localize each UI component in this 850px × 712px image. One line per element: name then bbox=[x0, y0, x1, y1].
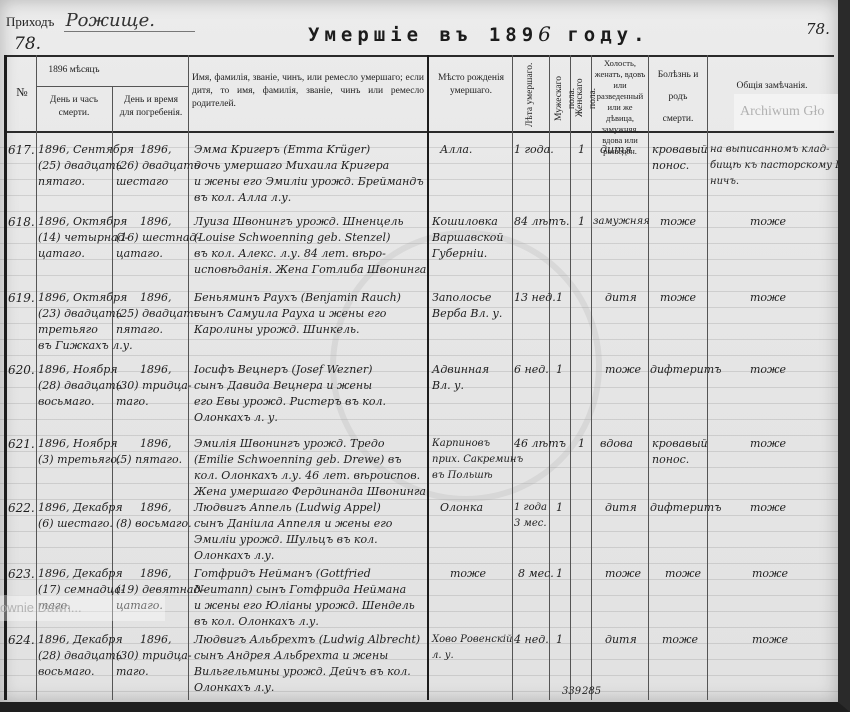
deceased-name: Беньяминъ Раухъ (Benjamin Rauch)сынъ Сам… bbox=[194, 290, 401, 338]
illness: кровавыйпонос. bbox=[652, 142, 708, 174]
deceased-name: Эмма Кригеръ (Emma Krüger)дочь умершаго … bbox=[194, 142, 424, 206]
archive-watermark-left: ownie Dawn... bbox=[0, 595, 165, 621]
parish-name: Рожище. bbox=[64, 10, 195, 32]
header-illness: Болѣзнь и родъ смерти. bbox=[652, 64, 704, 130]
entry-number: 623. bbox=[8, 566, 35, 582]
deceased-name: Іосифъ Вецнеръ (Josef Wezner)сынъ Давида… bbox=[194, 362, 386, 426]
remarks: тоже bbox=[750, 436, 786, 452]
death-date: 1896, Декабря(28) двадцатьвосьмаго. bbox=[38, 632, 123, 680]
parish-field: Приходъ Рожище. bbox=[6, 10, 195, 31]
header-bottom-border bbox=[6, 131, 834, 133]
death-date: 1896, Октября(14) четырнад-цатаго. bbox=[38, 214, 128, 262]
illness: тоже bbox=[662, 632, 698, 648]
deceased-name: Людвигъ Альбрехтъ (Ludwig Albrecht)сынъ … bbox=[194, 632, 420, 696]
burial-date: 1896,(30) тридца-таго. bbox=[140, 632, 192, 680]
male-count: 1 bbox=[556, 632, 563, 648]
header-age: Лѣта умершаго. bbox=[524, 62, 537, 128]
birthplace: Карпиновъприх. Сакреминъвъ Польшѣ bbox=[432, 436, 523, 484]
center-divider bbox=[427, 55, 429, 700]
deceased-name: Готфридъ Нейманъ (GottfriedNeumann) сынъ… bbox=[194, 566, 415, 630]
marital-status: тоже bbox=[605, 362, 641, 378]
female-count: 1 bbox=[578, 436, 585, 452]
entry-number: 617. bbox=[8, 142, 35, 158]
age: 1 года. bbox=[514, 142, 554, 158]
header-death-date: День и часъ смерти. bbox=[40, 94, 108, 120]
male-count: 1 bbox=[556, 290, 563, 306]
burial-date: 1896,(25) двадцатьпятаго. bbox=[140, 290, 200, 338]
deceased-name: Эмилія Швонингъ урожд. Тредо(Emilie Schw… bbox=[194, 436, 426, 500]
subheader-divider bbox=[36, 86, 188, 87]
entry-number: 624. bbox=[8, 632, 35, 648]
female-count: 1 bbox=[578, 142, 585, 158]
page-number-right: 78. bbox=[806, 20, 830, 38]
illness: тоже bbox=[660, 290, 696, 306]
burial-date: 1896,(8) восьмаго. bbox=[140, 500, 192, 532]
entry-number: 620. bbox=[8, 362, 35, 378]
burial-date: 1896,(30) тридца-таго. bbox=[140, 362, 192, 410]
marital-status: дитя bbox=[605, 632, 637, 648]
birthplace: Алла. bbox=[440, 142, 472, 158]
deceased-name: Людвигъ Аппель (Ludwig Appel)сынъ Даніил… bbox=[194, 500, 392, 564]
male-count: 1 bbox=[556, 500, 563, 516]
remarks: тоже bbox=[752, 566, 788, 582]
parish-label: Приходъ bbox=[6, 14, 54, 29]
birthplace: ЗаполосьеВерба Вл. у. bbox=[432, 290, 502, 322]
header-number: № bbox=[8, 86, 36, 99]
col-divider bbox=[591, 55, 592, 700]
archive-watermark: Archiwum Gło bbox=[734, 94, 844, 130]
header-remarks: Общія замѣчанія. bbox=[710, 80, 834, 93]
age: 46 лѣтъ bbox=[514, 436, 566, 452]
col-divider bbox=[648, 55, 649, 700]
illness: тоже bbox=[660, 214, 696, 230]
illness: тоже bbox=[665, 566, 701, 582]
page-number-left: 78. bbox=[14, 34, 41, 54]
header-month-group: 1896 мѣсяцъ bbox=[36, 64, 112, 77]
age: 8 мес. bbox=[518, 566, 554, 582]
death-date: 1896, Декабря(6) шестаго. bbox=[38, 500, 123, 532]
age: 4 нед. bbox=[514, 632, 549, 648]
illness: дифтеритъ bbox=[650, 362, 722, 378]
age: 13 нед. bbox=[514, 290, 556, 306]
birthplace: КошиловкаВаршавскойГуберніи. bbox=[432, 214, 504, 262]
age: 6 нед. bbox=[514, 362, 549, 378]
female-count: 1 bbox=[578, 214, 585, 230]
burial-date: 1896,(16) шестнад-цатаго. bbox=[140, 214, 200, 262]
male-count: 1 bbox=[556, 566, 563, 582]
entry-number: 622. bbox=[8, 500, 35, 516]
entry-number: 621. bbox=[8, 436, 35, 452]
header-birthplace: Мѣсто рожденія умершаго. bbox=[432, 72, 510, 98]
remarks: на выписанномъ клад-бищѣ къ пасторскому … bbox=[710, 142, 850, 190]
burial-date: 1896,(5) пятаго. bbox=[140, 436, 182, 468]
entry-number: 619. bbox=[8, 290, 35, 306]
age: 84 лѣтъ. bbox=[514, 214, 569, 230]
col-divider bbox=[512, 55, 513, 700]
entry-number: 618. bbox=[8, 214, 35, 230]
birthplace: АдвиннаяВл. у. bbox=[432, 362, 489, 394]
remarks: тоже bbox=[752, 632, 788, 648]
death-date: 1896, Ноября(28) двадцатьвосьмаго. bbox=[38, 362, 122, 410]
illness: дифтеритъ bbox=[650, 500, 722, 516]
page-title: Умершіе въ 1896 году. bbox=[308, 22, 650, 46]
remarks: тоже bbox=[750, 214, 786, 230]
death-date: 1896, Ноября(3) третьяго. bbox=[38, 436, 120, 468]
register-page: Приходъ Рожище. 78. 78. Умершіе въ 1896 … bbox=[0, 0, 850, 712]
remarks: тоже bbox=[750, 362, 786, 378]
birthplace: Хово Ровенскійл. у. bbox=[432, 632, 512, 664]
birthplace: тоже bbox=[450, 566, 486, 582]
title-year-digit: 6 bbox=[538, 22, 551, 46]
birthplace: Олонка bbox=[440, 500, 483, 516]
age: 1 года 3 мес. bbox=[514, 500, 548, 532]
remarks: тоже bbox=[750, 500, 786, 516]
marital-status: вдова bbox=[600, 436, 633, 452]
marital-status: замужняя bbox=[593, 214, 650, 230]
col-divider bbox=[570, 55, 571, 700]
male-count: 1 bbox=[556, 362, 563, 378]
total-male: 339 bbox=[562, 686, 581, 697]
remarks: тоже bbox=[750, 290, 786, 306]
table-top-border bbox=[6, 55, 834, 57]
marital-status: дитя bbox=[605, 290, 637, 306]
header-name: Имя, фамилія, званіе, чинъ, или ремесло … bbox=[192, 72, 424, 111]
marital-status: дитя bbox=[605, 500, 637, 516]
illness: кровавыйпонос. bbox=[652, 436, 708, 468]
total-female: 285 bbox=[582, 686, 601, 697]
burial-date: 1896,(26) двадцатьшестаго bbox=[140, 142, 200, 190]
marital-status: дитя bbox=[600, 142, 632, 158]
header-burial-date: День и время для погребенія. bbox=[116, 94, 186, 120]
deceased-name: Луиза Швонингъ урожд. Шненцель(Louise Sc… bbox=[194, 214, 426, 278]
marital-status: тоже bbox=[605, 566, 641, 582]
